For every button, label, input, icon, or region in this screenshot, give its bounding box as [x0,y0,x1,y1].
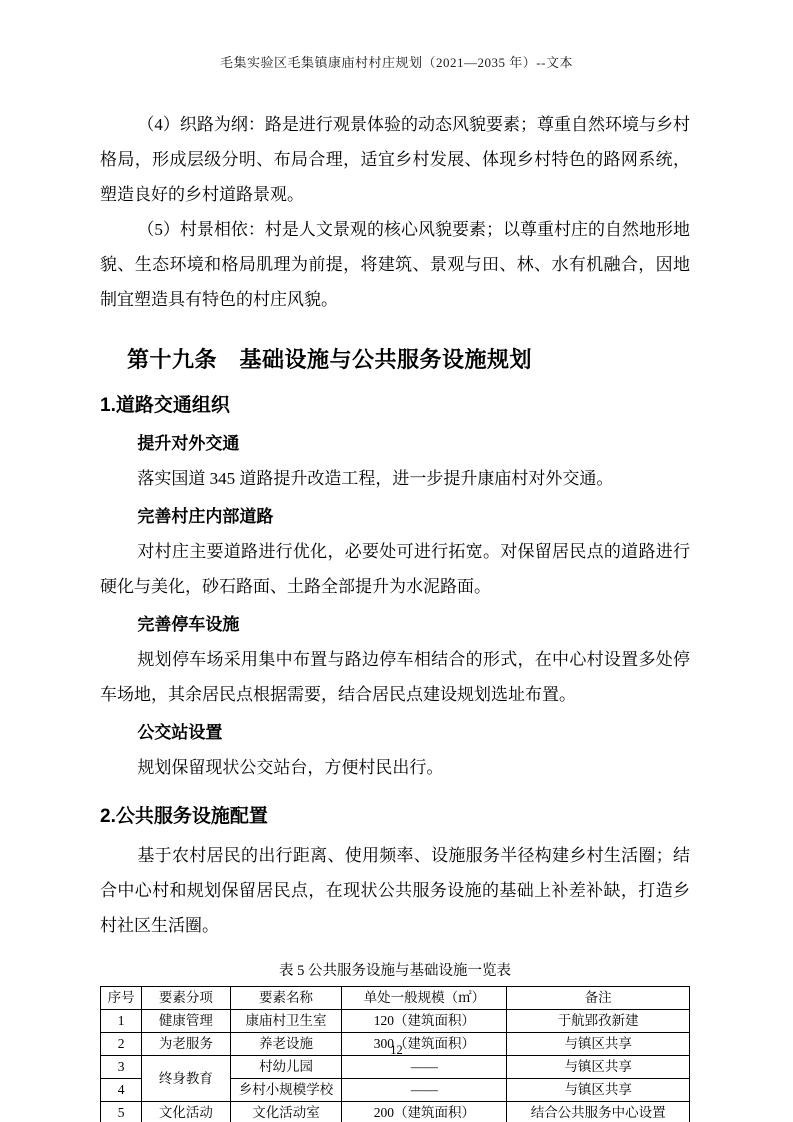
table-header-cell: 要素名称 [230,987,342,1010]
table-cell: 3 [101,1056,142,1079]
paragraph-4: （4）织路为纲：路是进行观景体验的动态风貌要素；尊重自然环境与乡村格局，形成层级… [100,107,690,212]
table-cell: 康庙村卫生室 [230,1010,342,1033]
running-header: 毛集实验区毛集镇康庙村村庄规划（2021—2035 年）--文本 [0,0,793,71]
facilities-table-head: 序号要素分项要素名称单处一般规模（㎡）备注 [101,987,690,1010]
table-cell: —— [342,1079,507,1102]
table-cell: 于航郢孜新建 [507,1010,690,1033]
table-cell: 终身教育 [142,1056,230,1102]
table-header-cell: 备注 [507,987,690,1010]
table-cell: 文化活动室 [230,1102,342,1122]
table-cell: 与镇区共享 [507,1056,690,1079]
table-cell: 120（建筑面积） [342,1010,507,1033]
paragraph-parking: 规划停车场采用集中布置与路边停车相结合的形式，在中心村设置多处停车场地，其余居民… [100,642,690,712]
table-cell: —— [342,1056,507,1079]
table-cell: 文化活动 [142,1102,230,1122]
paragraph-5: （5）村景相依：村是人文景观的核心风貌要素；以尊重村庄的自然地形地貌、生态环境和… [100,212,690,317]
table-cell: 与镇区共享 [507,1079,690,1102]
facilities-table-body: 1健康管理康庙村卫生室120（建筑面积）于航郢孜新建2为老服务养老设施300（建… [101,1010,690,1122]
paragraph-external-traffic: 落实国道 345 道路提升改造工程，进一步提升康庙村对外交通。 [100,461,690,496]
table-header-row: 序号要素分项要素名称单处一般规模（㎡）备注 [101,987,690,1010]
table-cell: 1 [101,1010,142,1033]
table-row: 1健康管理康庙村卫生室120（建筑面积）于航郢孜新建 [101,1010,690,1033]
article-19-heading: 第十九条 基础设施与公共服务设施规划 [100,343,690,374]
document-page: 毛集实验区毛集镇康庙村村庄规划（2021—2035 年）--文本 （4）织路为纲… [0,0,793,1122]
paragraph-life-circle: 基于农村居民的出行距离、使用频率、设施服务半径构建乡村生活圈；结合中心村和规划保… [100,838,690,943]
table-cell: 5 [101,1102,142,1122]
table-5-caption: 表 5 公共服务设施与基础设施一览表 [100,959,690,980]
table-cell: 村幼儿园 [230,1056,342,1079]
page-number: 12 [0,1043,793,1058]
paragraph-internal-roads: 对村庄主要道路进行优化，必要处可进行拓宽。对保留居民点的道路进行硬化与美化，砂石… [100,534,690,604]
table-header-cell: 序号 [101,987,142,1010]
document-body: （4）织路为纲：路是进行观景体验的动态风貌要素；尊重自然环境与乡村格局，形成层级… [100,107,690,1122]
table-header-cell: 要素分项 [142,987,230,1010]
subheading-parking: 完善停车设施 [100,608,690,642]
table-row: 3终身教育村幼儿园——与镇区共享 [101,1056,690,1079]
table-header-cell: 单处一般规模（㎡） [342,987,507,1010]
section-2-heading: 2.公共服务设施配置 [100,801,690,828]
table-row: 5文化活动文化活动室200（建筑面积）结合公共服务中心设置 [101,1102,690,1122]
subheading-bus-stop: 公交站设置 [100,716,690,750]
table-cell: 结合公共服务中心设置 [507,1102,690,1122]
section-1-heading: 1.道路交通组织 [100,390,690,417]
table-cell: 乡村小规模学校 [230,1079,342,1102]
subheading-internal-roads: 完善村庄内部道路 [100,500,690,534]
table-cell: 4 [101,1079,142,1102]
table-cell: 健康管理 [142,1010,230,1033]
table-cell: 200（建筑面积） [342,1102,507,1122]
subheading-external-traffic: 提升对外交通 [100,427,690,461]
paragraph-bus-stop: 规划保留现状公交站台，方便村民出行。 [100,750,690,785]
